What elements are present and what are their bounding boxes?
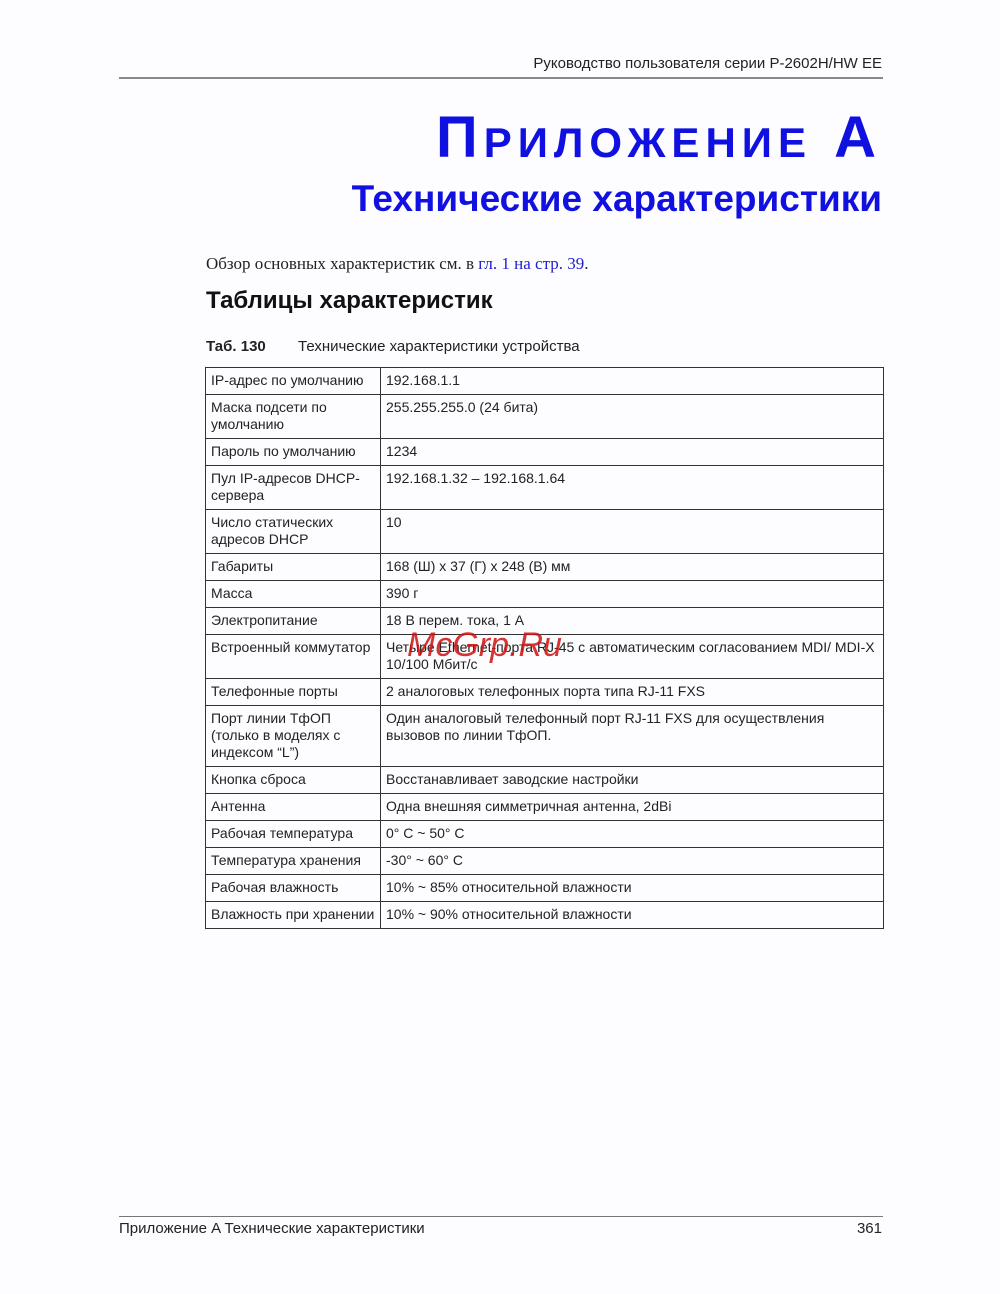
spec-value: 1234 [381,439,884,466]
page-number: 361 [857,1220,882,1237]
intro-end: . [584,254,588,273]
spec-key: Встроенный коммутатор [206,635,381,679]
table-row: Телефонные порты2 аналоговых телефонных … [206,679,884,706]
spec-value: 192.168.1.1 [381,368,884,395]
running-header: Руководство пользователя серии P-2602H/H… [533,55,882,72]
table-row: Температура хранения-30° ~ 60° C [206,848,884,875]
table-row: Пул IP-адресов DHCP-сервера192.168.1.32 … [206,466,884,510]
intro-text: Обзор основных характеристик см. в [206,254,478,273]
spec-key: Рабочая температура [206,821,381,848]
spec-value: 390 г [381,581,884,608]
spec-key: Пул IP-адресов DHCP-сервера [206,466,381,510]
table-number: Таб. 130 [206,338,298,355]
table-row: IP-адрес по умолчанию192.168.1.1 [206,368,884,395]
watermark: McGrp.Ru [407,626,562,665]
spec-value: 192.168.1.32 – 192.168.1.64 [381,466,884,510]
spec-value: Восстанавливает заводские настройки [381,767,884,794]
table-row: Маска подсети по умолчанию255.255.255.0 … [206,395,884,439]
spec-value: Одна внешняя симметричная антенна, 2dBi [381,794,884,821]
title-rest: РИЛОЖЕНИЕ [484,119,812,166]
spec-value: 2 аналоговых телефонных порта типа RJ-11… [381,679,884,706]
appendix-title: ПРИЛОЖЕНИЕ A [436,104,882,171]
table-row: Масса390 г [206,581,884,608]
spec-value: -30° ~ 60° C [381,848,884,875]
spec-key: Масса [206,581,381,608]
header-rule [119,77,883,79]
table-row: Рабочая влажность10% ~ 85% относительной… [206,875,884,902]
spec-key: Число статических адресов DHCP [206,510,381,554]
table-row: Порт линии ТфОП (только в моделях с инде… [206,706,884,767]
table-row: АнтеннаОдна внешняя симметричная антенна… [206,794,884,821]
spec-value: 168 (Ш) x 37 (Г) x 248 (В) мм [381,554,884,581]
spec-value: 255.255.255.0 (24 бита) [381,395,884,439]
intro-paragraph: Обзор основных характеристик см. в гл. 1… [206,254,588,274]
spec-value: 10% ~ 85% относительной влажности [381,875,884,902]
spec-value: 10 [381,510,884,554]
table-row: Влажность при хранении10% ~ 90% относите… [206,902,884,929]
table-row: Рабочая температура0° C ~ 50° C [206,821,884,848]
spec-key: Влажность при хранении [206,902,381,929]
spec-value: 0° C ~ 50° C [381,821,884,848]
footer-title: Приложение A Технические характеристики [119,1220,425,1237]
spec-key: Маска подсети по умолчанию [206,395,381,439]
spec-key: Антенна [206,794,381,821]
spec-key: IP-адрес по умолчанию [206,368,381,395]
spec-key: Пароль по умолчанию [206,439,381,466]
table-caption-text: Технические характеристики устройства [298,338,580,355]
table-row: Габариты168 (Ш) x 37 (Г) x 248 (В) мм [206,554,884,581]
footer-rule [119,1216,883,1217]
section-title: Таблицы характеристик [206,287,493,315]
title-suffix: A [834,105,882,170]
spec-key: Рабочая влажность [206,875,381,902]
spec-value: Один аналоговый телефонный порт RJ-11 FX… [381,706,884,767]
table-row: Число статических адресов DHCP10 [206,510,884,554]
table-row: Пароль по умолчанию1234 [206,439,884,466]
spec-key: Температура хранения [206,848,381,875]
spec-key: Кнопка сброса [206,767,381,794]
chapter-link[interactable]: гл. 1 на стр. 39 [478,254,584,273]
table-row: Кнопка сбросаВосстанавливает заводские н… [206,767,884,794]
appendix-subtitle: Технические характеристики [352,178,882,220]
title-first-letter: П [436,105,484,170]
table-caption: Таб. 130Технические характеристики устро… [206,338,580,355]
spec-value: 10% ~ 90% относительной влажности [381,902,884,929]
spec-key: Электропитание [206,608,381,635]
spec-key: Телефонные порты [206,679,381,706]
spec-key: Порт линии ТфОП (только в моделях с инде… [206,706,381,767]
spec-key: Габариты [206,554,381,581]
